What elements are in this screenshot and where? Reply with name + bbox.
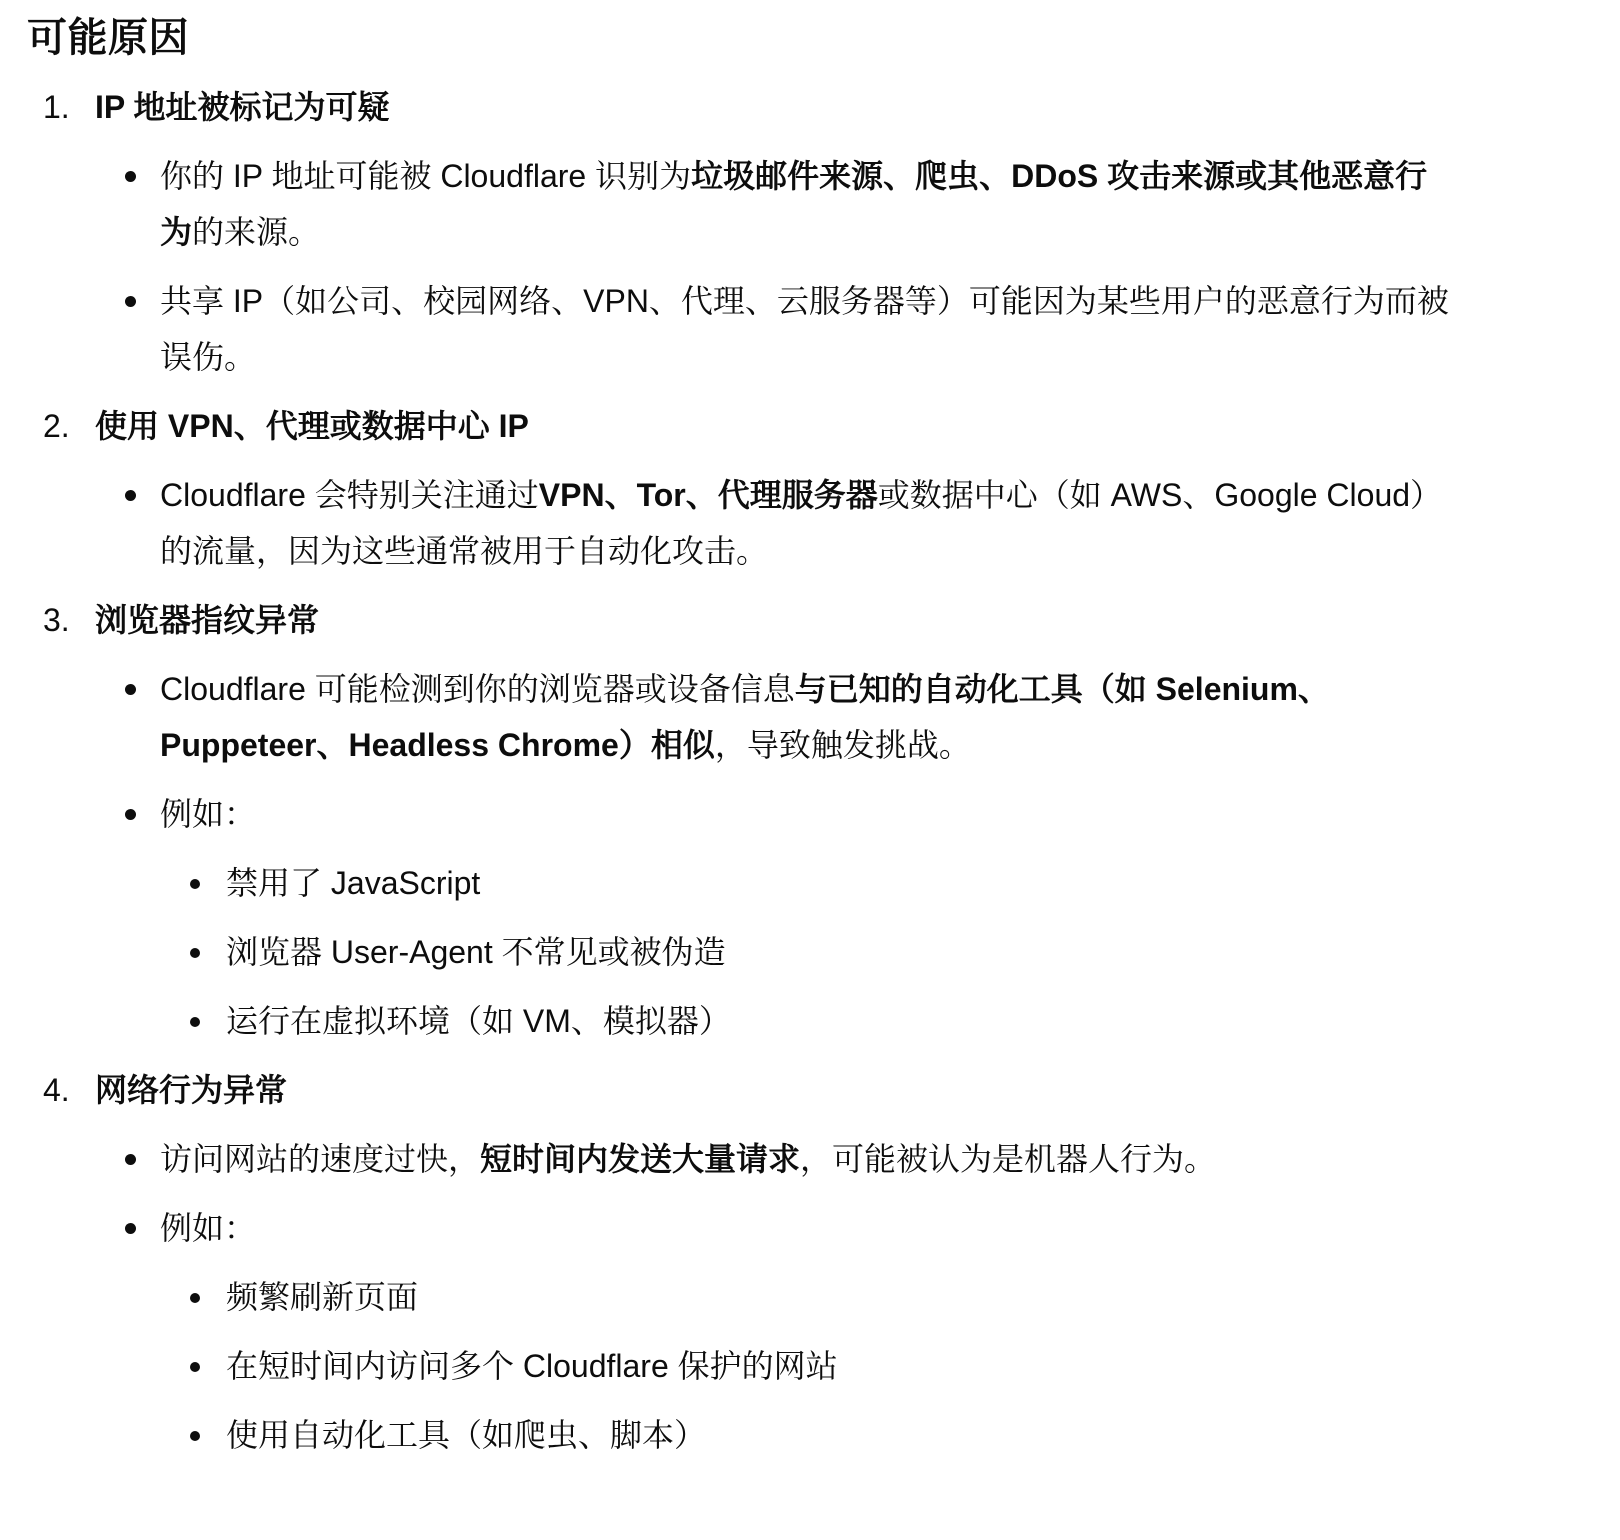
text-segment: Cloudflare 会特别关注通过 <box>160 477 539 513</box>
point-text: 频繁刷新页面 <box>226 1269 1452 1325</box>
reason-heading: 2.使用 VPN、代理或数据中心 IP <box>27 398 1452 454</box>
reason-title: 浏览器指纹异常 <box>95 592 319 648</box>
point-text: 例如： <box>160 1200 1452 1256</box>
reason-number: 4. <box>43 1062 95 1118</box>
point-row: 运行在虚拟环境（如 VM、模拟器） <box>27 993 1452 1049</box>
text-segment: 例如： <box>160 1210 256 1246</box>
sub-points: 频繁刷新页面在短时间内访问多个 Cloudflare 保护的网站使用自动化工具（… <box>27 1269 1452 1463</box>
point-text: 你的 IP 地址可能被 Cloudflare 识别为垃圾邮件来源、爬虫、DDoS… <box>160 148 1452 260</box>
point-row: 浏览器 User-Agent 不常见或被伪造 <box>27 924 1452 980</box>
point-row: Cloudflare 可能检测到你的浏览器或设备信息与已知的自动化工具（如 Se… <box>27 661 1452 773</box>
reason-number: 1. <box>43 79 95 135</box>
text-segment: 共享 IP（如公司、校园网络、VPN、代理、云服务器等）可能因为某些用户的恶意行… <box>160 283 1449 375</box>
text-segment: 访问网站的速度过快， <box>160 1141 480 1177</box>
reason-number: 2. <box>43 398 95 454</box>
reason-points: Cloudflare 可能检测到你的浏览器或设备信息与已知的自动化工具（如 Se… <box>27 661 1452 1049</box>
point-row: 你的 IP 地址可能被 Cloudflare 识别为垃圾邮件来源、爬虫、DDoS… <box>27 148 1452 260</box>
reason-title: 网络行为异常 <box>95 1062 287 1118</box>
reason-item: 1.IP 地址被标记为可疑你的 IP 地址可能被 Cloudflare 识别为垃… <box>27 79 1452 385</box>
point-row: Cloudflare 会特别关注通过VPN、Tor、代理服务器或数据中心（如 A… <box>27 467 1452 579</box>
reason-title: 使用 VPN、代理或数据中心 IP <box>95 398 529 454</box>
sub-point-item: 禁用了 JavaScript <box>27 855 1452 911</box>
point-text: 浏览器 User-Agent 不常见或被伪造 <box>226 924 1452 980</box>
reason-heading: 4.网络行为异常 <box>27 1062 1452 1118</box>
sub-point-item: 频繁刷新页面 <box>27 1269 1452 1325</box>
reason-item: 4.网络行为异常访问网站的速度过快，短时间内发送大量请求，可能被认为是机器人行为… <box>27 1062 1452 1463</box>
reason-item: 2.使用 VPN、代理或数据中心 IPCloudflare 会特别关注通过VPN… <box>27 398 1452 579</box>
text-segment: ，导致触发挑战。 <box>715 727 971 763</box>
point-text: 共享 IP（如公司、校园网络、VPN、代理、云服务器等）可能因为某些用户的恶意行… <box>160 273 1452 385</box>
text-segment: 的来源。 <box>192 214 320 250</box>
reason-number: 3. <box>43 592 95 648</box>
sub-point-item: 使用自动化工具（如爬虫、脚本） <box>27 1407 1452 1463</box>
sub-point-item: 浏览器 User-Agent 不常见或被伪造 <box>27 924 1452 980</box>
text-segment: 运行在虚拟环境（如 VM、模拟器） <box>226 1003 731 1039</box>
point-text: 使用自动化工具（如爬虫、脚本） <box>226 1407 1452 1463</box>
text-segment: 例如： <box>160 796 256 832</box>
text-segment: VPN、Tor、代理服务器 <box>539 477 878 513</box>
point-text: 禁用了 JavaScript <box>226 855 1452 911</box>
point-text: 例如： <box>160 786 1452 842</box>
point-text: 运行在虚拟环境（如 VM、模拟器） <box>226 993 1452 1049</box>
point-text: 访问网站的速度过快，短时间内发送大量请求，可能被认为是机器人行为。 <box>160 1131 1452 1187</box>
point-row: 频繁刷新页面 <box>27 1269 1452 1325</box>
sub-points: 禁用了 JavaScript浏览器 User-Agent 不常见或被伪造运行在虚… <box>27 855 1452 1049</box>
text-segment: 禁用了 JavaScript <box>226 865 480 901</box>
document: 可能原因 1.IP 地址被标记为可疑你的 IP 地址可能被 Cloudflare… <box>0 0 1620 1523</box>
point-item: Cloudflare 可能检测到你的浏览器或设备信息与已知的自动化工具（如 Se… <box>27 661 1452 773</box>
point-row: 例如： <box>27 786 1452 842</box>
sub-point-item: 在短时间内访问多个 Cloudflare 保护的网站 <box>27 1338 1452 1394</box>
text-segment: ，可能被认为是机器人行为。 <box>800 1141 1216 1177</box>
text-segment: 短时间内发送大量请求 <box>480 1141 800 1177</box>
text-segment: 频繁刷新页面 <box>226 1279 418 1315</box>
point-row: 例如： <box>27 1200 1452 1256</box>
page-title: 可能原因 <box>27 10 1452 66</box>
point-text: Cloudflare 可能检测到你的浏览器或设备信息与已知的自动化工具（如 Se… <box>160 661 1452 773</box>
text-segment: 浏览器 User-Agent 不常见或被伪造 <box>226 934 726 970</box>
point-item: 访问网站的速度过快，短时间内发送大量请求，可能被认为是机器人行为。 <box>27 1131 1452 1187</box>
reason-points: 你的 IP 地址可能被 Cloudflare 识别为垃圾邮件来源、爬虫、DDoS… <box>27 148 1452 385</box>
reason-points: 访问网站的速度过快，短时间内发送大量请求，可能被认为是机器人行为。例如：频繁刷新… <box>27 1131 1452 1463</box>
point-row: 禁用了 JavaScript <box>27 855 1452 911</box>
point-row: 在短时间内访问多个 Cloudflare 保护的网站 <box>27 1338 1452 1394</box>
reason-heading: 1.IP 地址被标记为可疑 <box>27 79 1452 135</box>
text-segment: Cloudflare 可能检测到你的浏览器或设备信息 <box>160 671 795 707</box>
reason-item: 3.浏览器指纹异常Cloudflare 可能检测到你的浏览器或设备信息与已知的自… <box>27 592 1452 1049</box>
text-segment: 你的 IP 地址可能被 Cloudflare 识别为 <box>160 158 691 194</box>
point-item: 共享 IP（如公司、校园网络、VPN、代理、云服务器等）可能因为某些用户的恶意行… <box>27 273 1452 385</box>
point-text: Cloudflare 会特别关注通过VPN、Tor、代理服务器或数据中心（如 A… <box>160 467 1452 579</box>
reason-title: IP 地址被标记为可疑 <box>95 79 390 135</box>
reasons-list: 1.IP 地址被标记为可疑你的 IP 地址可能被 Cloudflare 识别为垃… <box>27 79 1452 1463</box>
point-item: 你的 IP 地址可能被 Cloudflare 识别为垃圾邮件来源、爬虫、DDoS… <box>27 148 1452 260</box>
reason-points: Cloudflare 会特别关注通过VPN、Tor、代理服务器或数据中心（如 A… <box>27 467 1452 579</box>
reason-heading: 3.浏览器指纹异常 <box>27 592 1452 648</box>
point-item: Cloudflare 会特别关注通过VPN、Tor、代理服务器或数据中心（如 A… <box>27 467 1452 579</box>
sub-point-item: 运行在虚拟环境（如 VM、模拟器） <box>27 993 1452 1049</box>
text-segment: 在短时间内访问多个 Cloudflare 保护的网站 <box>226 1348 838 1384</box>
point-row: 共享 IP（如公司、校园网络、VPN、代理、云服务器等）可能因为某些用户的恶意行… <box>27 273 1452 385</box>
point-text: 在短时间内访问多个 Cloudflare 保护的网站 <box>226 1338 1452 1394</box>
text-segment: 使用自动化工具（如爬虫、脚本） <box>226 1417 706 1453</box>
point-row: 访问网站的速度过快，短时间内发送大量请求，可能被认为是机器人行为。 <box>27 1131 1452 1187</box>
point-item: 例如：禁用了 JavaScript浏览器 User-Agent 不常见或被伪造运… <box>27 786 1452 1049</box>
point-item: 例如：频繁刷新页面在短时间内访问多个 Cloudflare 保护的网站使用自动化… <box>27 1200 1452 1463</box>
point-row: 使用自动化工具（如爬虫、脚本） <box>27 1407 1452 1463</box>
